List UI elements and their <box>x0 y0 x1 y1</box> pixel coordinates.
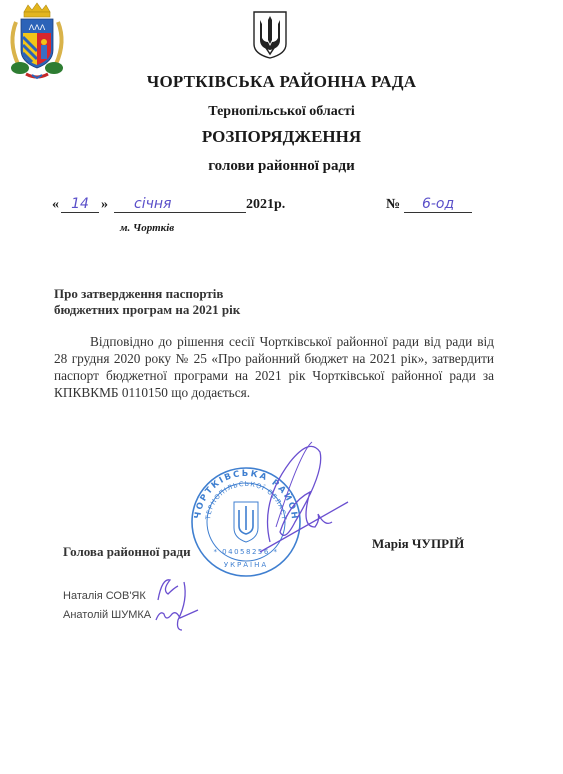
subject-line-2: бюджетних програм на 2021 рік <box>54 302 240 318</box>
subject-line-1: Про затвердження паспортів <box>54 286 240 302</box>
date-day-handwritten: 14 <box>61 196 99 213</box>
state-emblem-trident-icon <box>252 10 288 60</box>
date-month-handwritten: січня <box>114 196 246 213</box>
document-date: «14»січня2021р. <box>52 196 285 213</box>
signatory-title: Голова районної ради <box>63 544 191 560</box>
date-year: 2021р. <box>246 197 285 212</box>
number-value-handwritten: 6-од <box>404 196 472 213</box>
approver-initials-handwritten <box>148 570 208 640</box>
date-open-quote: « <box>52 197 59 212</box>
svg-text:ᐱᐱᐱ: ᐱᐱᐱ <box>29 23 46 32</box>
oblast-subtitle: Тернопільської області <box>0 104 563 120</box>
document-number: №6-од <box>386 196 472 213</box>
approver-1: Наталія СОВ'ЯК <box>63 590 146 602</box>
district-coat-of-arms: ᐱᐱᐱ <box>4 2 70 82</box>
document-subject: Про затвердження паспортів бюджетних про… <box>54 286 240 318</box>
document-type-heading: РОЗПОРЯДЖЕННЯ <box>0 127 563 147</box>
signature-handwritten <box>240 432 350 562</box>
body-paragraph: Відповідно до рішення сесії Чортківської… <box>54 333 494 401</box>
approver-2: Анатолій ШУМКА <box>63 609 151 621</box>
issuer-subheading: голови районної ради <box>0 158 563 175</box>
number-label: № <box>386 197 400 212</box>
signatory-name: Марія ЧУПРІЙ <box>372 536 464 552</box>
city-line: м. Чортків <box>120 222 174 234</box>
body-paragraph-text: Відповідно до рішення сесії Чортківської… <box>54 334 494 400</box>
organization-title: ЧОРТКІВСЬКА РАЙОННА РАДА <box>0 72 563 92</box>
date-close-quote: » <box>101 197 108 212</box>
